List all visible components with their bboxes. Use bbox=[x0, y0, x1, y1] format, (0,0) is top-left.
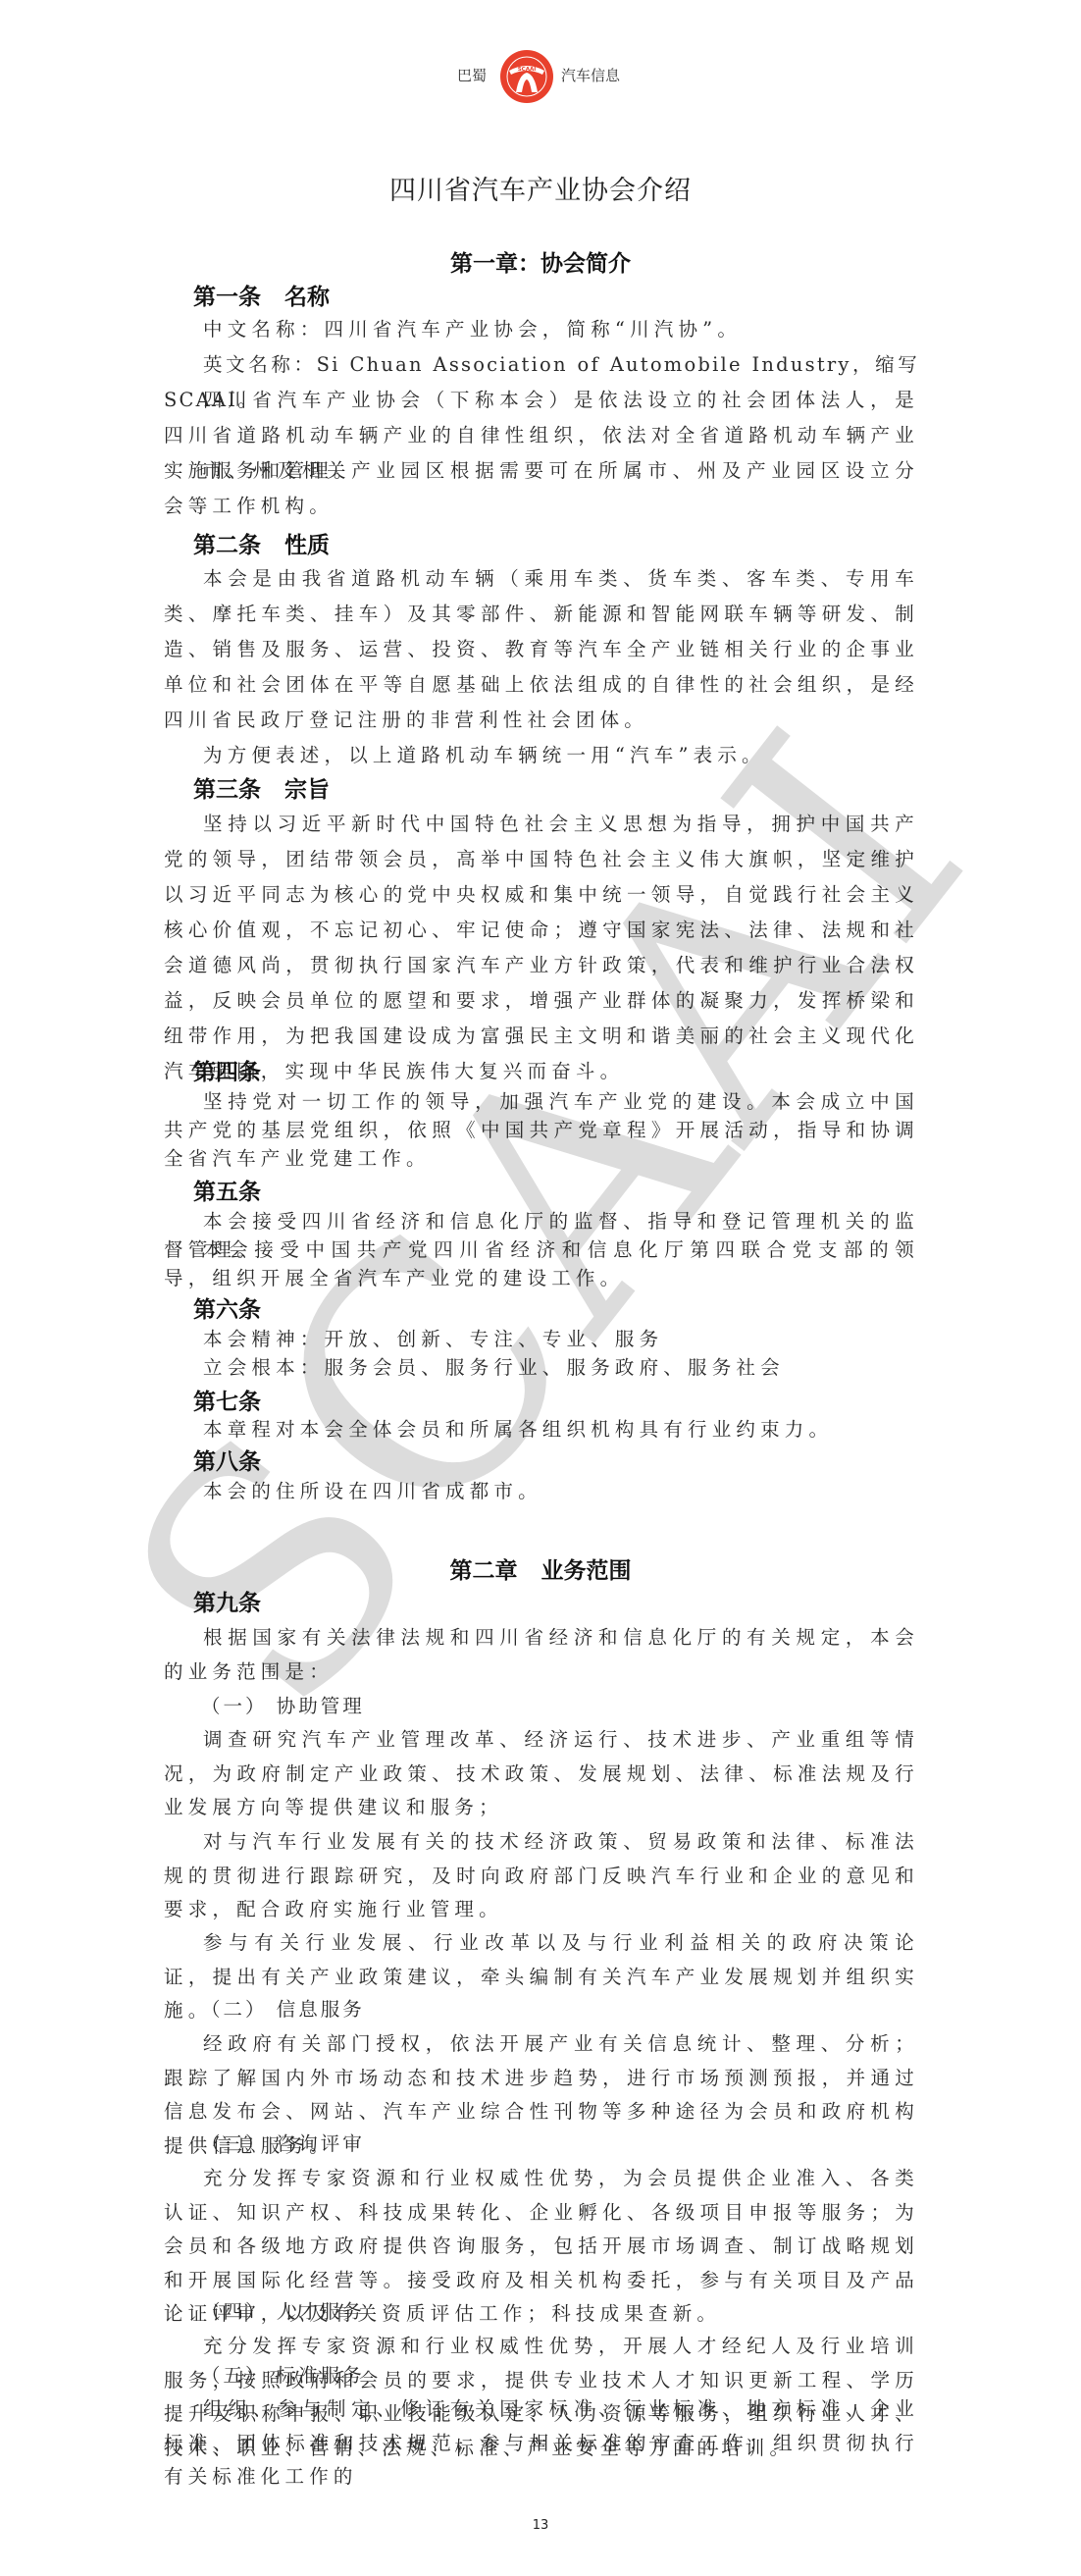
article-3-heading: 第三条 宗旨 bbox=[193, 771, 330, 804]
article-2-heading: 第二条 性质 bbox=[193, 527, 330, 559]
article-6-para: 本会精神：开放、创新、专注、专业、服务 bbox=[164, 1325, 919, 1353]
svg-text:SCAAI: SCAAI bbox=[518, 67, 537, 73]
article-7-para: 本章程对本会全体会员和所属各组织机构具有行业约束力。 bbox=[164, 1415, 919, 1444]
article-2-para: 为方便表述，以上道路机动车辆统一用“汽车”表示。 bbox=[164, 738, 919, 773]
article-2-para: 本会是由我省道路机动车辆（乘用车类、货车类、客车类、专用车类、摩托车类、挂车）及… bbox=[164, 561, 919, 738]
article-1-heading: 第一条 名称 bbox=[193, 279, 330, 311]
chapter-2-heading: 第二章 业务范围 bbox=[0, 1552, 1081, 1585]
page-header: 巴蜀 SCAAI 汽车信息 bbox=[0, 49, 1081, 108]
article-4-para: 坚持党对一切工作的领导，加强汽车产业党的建设。本会成立中国共产党的基层党组织，依… bbox=[164, 1087, 919, 1173]
article-5-para: 本会接受中国共产党四川省经济和信息化厅第四联合党支部的领导，组织开展全省汽车产业… bbox=[164, 1235, 919, 1292]
header-left-text: 巴蜀 bbox=[457, 65, 487, 85]
document-title: 四川省汽车产业协会介绍 bbox=[0, 169, 1081, 207]
section-1-para: 对与汽车行业发展有关的技术经济政策、贸易政策和法律、标准法规的贯彻进行跟踪研究，… bbox=[164, 1825, 919, 1927]
article-3-para: 坚持以习近平新时代中国特色社会主义思想为指导，拥护中国共产党的领导，团结带领会员… bbox=[164, 807, 919, 1089]
section-1-para: 调查研究汽车产业管理改革、经济运行、技术进步、产业重组等情况，为政府制定产业政策… bbox=[164, 1723, 919, 1825]
section-5-heading: （五） 标准服务 bbox=[201, 2360, 365, 2388]
article-1-para: 市、州及相关产业园区根据需要可在所属市、州及产业园区设立分会等工作机构。 bbox=[164, 453, 919, 524]
article-1-para: 中文名称：四川省汽车产业协会，简称“川汽协”。 bbox=[164, 312, 919, 347]
header-right-text: 汽车信息 bbox=[561, 65, 620, 85]
section-5-para: 组织、参与制定、修订有关国家标准、行业标准、地方标准、企业标准、团体标准和技术规… bbox=[164, 2392, 919, 2495]
article-6-heading: 第六条 bbox=[193, 1291, 261, 1324]
article-5-heading: 第五条 bbox=[193, 1174, 261, 1206]
section-2-heading: （二） 信息服务 bbox=[201, 1994, 365, 2022]
article-7-heading: 第七条 bbox=[193, 1384, 261, 1416]
section-3-heading: （三） 咨询评审 bbox=[201, 2129, 365, 2156]
article-8-heading: 第八条 bbox=[193, 1444, 261, 1476]
scaai-logo-icon: SCAAI bbox=[499, 49, 554, 104]
article-4-heading: 第四条 bbox=[193, 1054, 261, 1086]
article-6-para: 立会根本：服务会员、服务行业、服务政府、服务社会 bbox=[164, 1353, 919, 1382]
section-1-heading: （一） 协助管理 bbox=[201, 1691, 365, 1718]
page-number: 13 bbox=[0, 2518, 1081, 2533]
article-9-intro: 根据国家有关法律法规和四川省经济和信息化厅的有关规定，本会的业务范围是： bbox=[164, 1621, 919, 1689]
section-4-heading: （四） 人才服务 bbox=[201, 2296, 365, 2324]
chapter-1-heading: 第一章：协会简介 bbox=[0, 245, 1081, 278]
article-9-heading: 第九条 bbox=[193, 1585, 261, 1617]
article-8-para: 本会的住所设在四川省成都市。 bbox=[164, 1477, 919, 1505]
